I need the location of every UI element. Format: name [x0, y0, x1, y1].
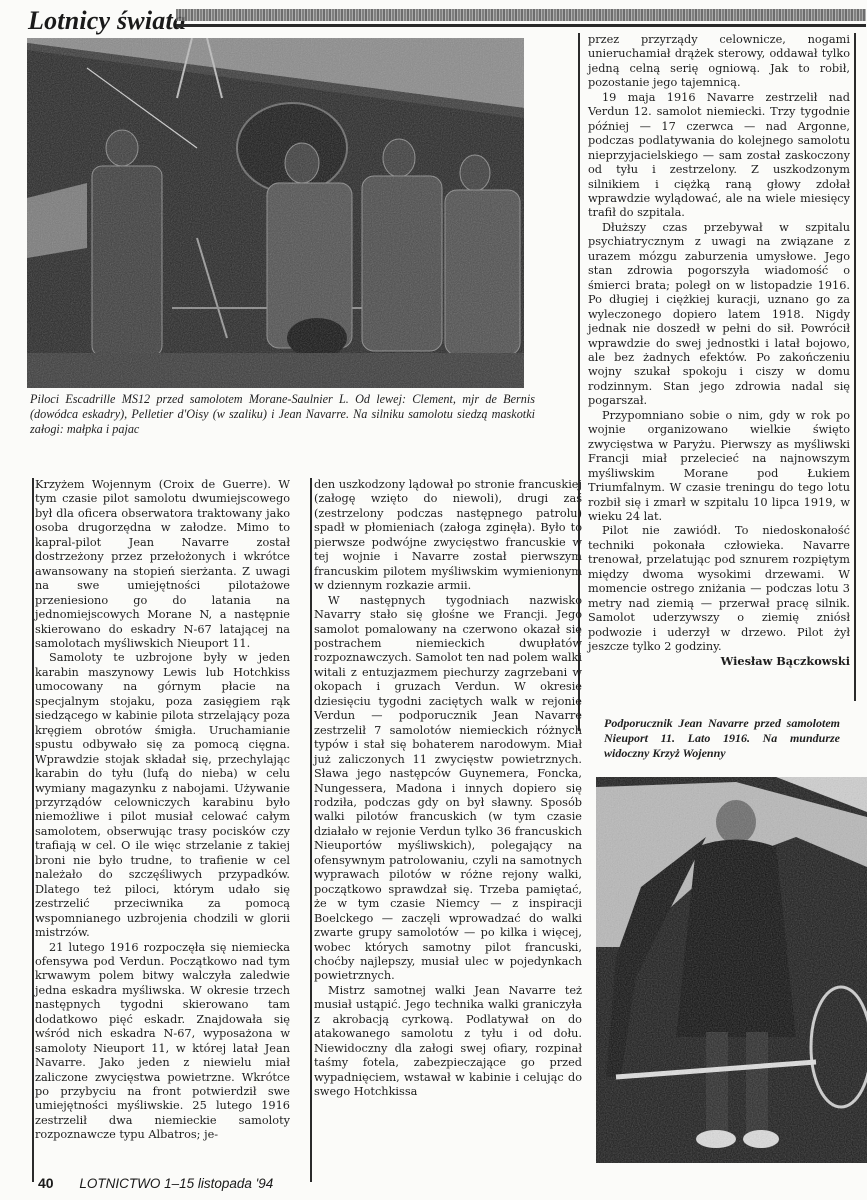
paragraph: den uszkodzony lądował po stronie francu… — [314, 478, 582, 594]
section-title: Lotnicy świata — [28, 6, 186, 36]
paragraph: Krzyżem Wojennym (Croix de Guerre). W ty… — [35, 478, 290, 651]
paragraph: Pilot nie zawiódł. To niedoskonałość tec… — [588, 524, 850, 654]
article-column-left: Krzyżem Wojennym (Croix de Guerre). W ty… — [35, 478, 290, 1143]
column-rule-middle — [310, 478, 312, 1182]
paragraph: 21 lutego 1916 rozpoczęła się niemiecka … — [35, 941, 290, 1143]
paragraph: Przypomniano sobie o nim, gdy w rok po w… — [588, 409, 850, 525]
column-rule-right-right — [854, 33, 856, 701]
column-rule-left — [32, 478, 34, 1182]
photo-jean-navarre — [596, 777, 867, 1163]
paragraph: W następnych tygodniach nazwisko Navarry… — [314, 594, 582, 984]
page-footer: 40 LOTNICTWO 1–15 listopada '94 — [38, 1175, 273, 1191]
paragraph: przez przyrządy celownicze, nogami unier… — [588, 33, 850, 91]
page-number: 40 — [38, 1175, 54, 1191]
paragraph: Mistrz samotnej walki Jean Navarre też m… — [314, 984, 582, 1100]
magazine-issue: LOTNICTWO 1–15 listopada '94 — [79, 1176, 273, 1191]
paragraph: 19 maja 1916 Navarre zestrzelił nad Verd… — [588, 91, 850, 221]
article-column-middle: den uszkodzony lądował po stronie francu… — [314, 478, 582, 1099]
paragraph: Samoloty te uzbrojone były w jeden karab… — [35, 651, 290, 940]
photo-pilots-morane — [27, 38, 524, 388]
paragraph: Dłuższy czas przebywał w szpitalu psychi… — [588, 221, 850, 409]
photo-main-caption: Piloci Escadrille MS12 przed samolotem M… — [30, 392, 535, 437]
header-texture-bar — [176, 9, 866, 21]
photo-navarre-caption: Podporucznik Jean Navarre przed samolote… — [604, 716, 840, 761]
header-rule — [176, 24, 866, 27]
photo-navarre-image — [596, 777, 867, 1163]
photo-pilots-image — [27, 38, 524, 388]
author-signature: Wiesław Bączkowski — [588, 654, 850, 668]
article-column-right: przez przyrządy celownicze, nogami unier… — [588, 33, 850, 669]
